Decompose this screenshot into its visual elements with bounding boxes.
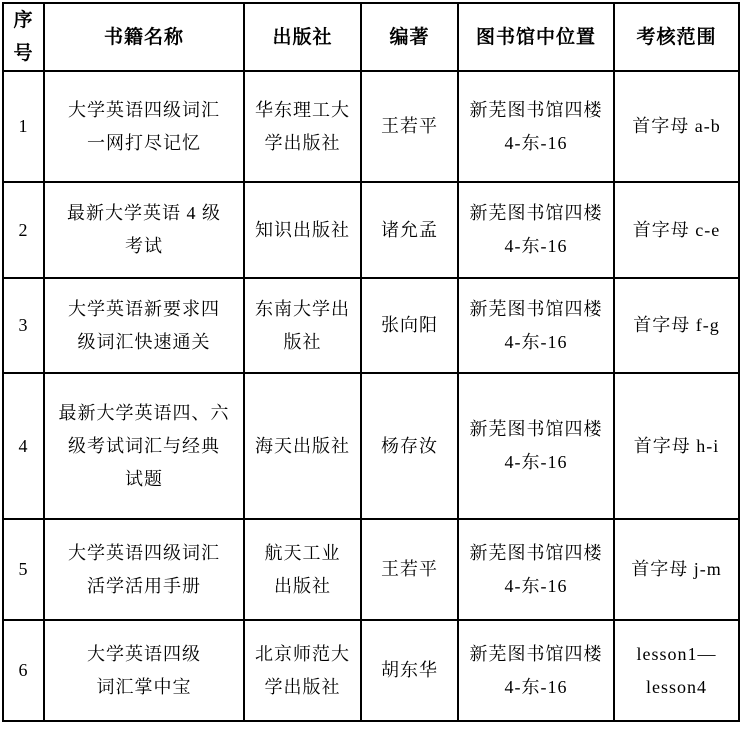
cell-location: 新芜图书馆四楼 4-东-16 [458, 373, 614, 519]
cell-publisher: 华东理工大 学出版社 [244, 71, 361, 182]
cell-publisher: 知识出版社 [244, 182, 361, 278]
cell-serial: 5 [3, 519, 44, 620]
table-row: 4最新大学英语四、六 级考试词汇与经典 试题海天出版社杨存汝新芜图书馆四楼 4-… [3, 373, 739, 519]
cell-scope: 首字母 c-e [614, 182, 739, 278]
cell-scope: 首字母 j-m [614, 519, 739, 620]
header-row: 序号 书籍名称 出版社 编著 图书馆中位置 考核范围 [3, 3, 739, 71]
cell-publisher: 海天出版社 [244, 373, 361, 519]
cell-serial: 4 [3, 373, 44, 519]
cell-publisher: 北京师范大 学出版社 [244, 620, 361, 721]
cell-location: 新芜图书馆四楼 4-东-16 [458, 71, 614, 182]
header-serial: 序号 [3, 3, 44, 71]
cell-author: 杨存汝 [361, 373, 458, 519]
cell-book-title: 大学英语四级词汇 一网打尽记忆 [44, 71, 244, 182]
cell-author: 胡东华 [361, 620, 458, 721]
book-list-table: 序号 书籍名称 出版社 编著 图书馆中位置 考核范围 1大学英语四级词汇 一网打… [2, 2, 740, 722]
cell-scope: 首字母 f-g [614, 278, 739, 373]
cell-author: 王若平 [361, 71, 458, 182]
cell-serial: 2 [3, 182, 44, 278]
cell-author: 诸允孟 [361, 182, 458, 278]
cell-serial: 3 [3, 278, 44, 373]
cell-location: 新芜图书馆四楼 4-东-16 [458, 519, 614, 620]
table-row: 6大学英语四级 词汇掌中宝北京师范大 学出版社胡东华新芜图书馆四楼 4-东-16… [3, 620, 739, 721]
header-publisher: 出版社 [244, 3, 361, 71]
cell-serial: 6 [3, 620, 44, 721]
cell-book-title: 最新大学英语四、六 级考试词汇与经典 试题 [44, 373, 244, 519]
cell-author: 王若平 [361, 519, 458, 620]
cell-book-title: 大学英语四级 词汇掌中宝 [44, 620, 244, 721]
table-row: 2最新大学英语 4 级 考试知识出版社诸允孟新芜图书馆四楼 4-东-16首字母 … [3, 182, 739, 278]
table-header: 序号 书籍名称 出版社 编著 图书馆中位置 考核范围 [3, 3, 739, 71]
cell-author: 张向阳 [361, 278, 458, 373]
header-book-title: 书籍名称 [44, 3, 244, 71]
cell-location: 新芜图书馆四楼 4-东-16 [458, 278, 614, 373]
header-location: 图书馆中位置 [458, 3, 614, 71]
cell-book-title: 大学英语新要求四 级词汇快速通关 [44, 278, 244, 373]
cell-scope: 首字母 a-b [614, 71, 739, 182]
table-row: 1大学英语四级词汇 一网打尽记忆华东理工大 学出版社王若平新芜图书馆四楼 4-东… [3, 71, 739, 182]
table-row: 5大学英语四级词汇 活学活用手册航天工业 出版社王若平新芜图书馆四楼 4-东-1… [3, 519, 739, 620]
cell-scope: 首字母 h-i [614, 373, 739, 519]
cell-location: 新芜图书馆四楼 4-东-16 [458, 620, 614, 721]
header-author: 编著 [361, 3, 458, 71]
table-row: 3大学英语新要求四 级词汇快速通关东南大学出 版社张向阳新芜图书馆四楼 4-东-… [3, 278, 739, 373]
header-scope: 考核范围 [614, 3, 739, 71]
cell-publisher: 东南大学出 版社 [244, 278, 361, 373]
cell-serial: 1 [3, 71, 44, 182]
cell-book-title: 最新大学英语 4 级 考试 [44, 182, 244, 278]
cell-book-title: 大学英语四级词汇 活学活用手册 [44, 519, 244, 620]
cell-publisher: 航天工业 出版社 [244, 519, 361, 620]
cell-location: 新芜图书馆四楼 4-东-16 [458, 182, 614, 278]
cell-scope: lesson1— lesson4 [614, 620, 739, 721]
table-body: 1大学英语四级词汇 一网打尽记忆华东理工大 学出版社王若平新芜图书馆四楼 4-东… [3, 71, 739, 721]
page: 序号 书籍名称 出版社 编著 图书馆中位置 考核范围 1大学英语四级词汇 一网打… [0, 0, 742, 733]
